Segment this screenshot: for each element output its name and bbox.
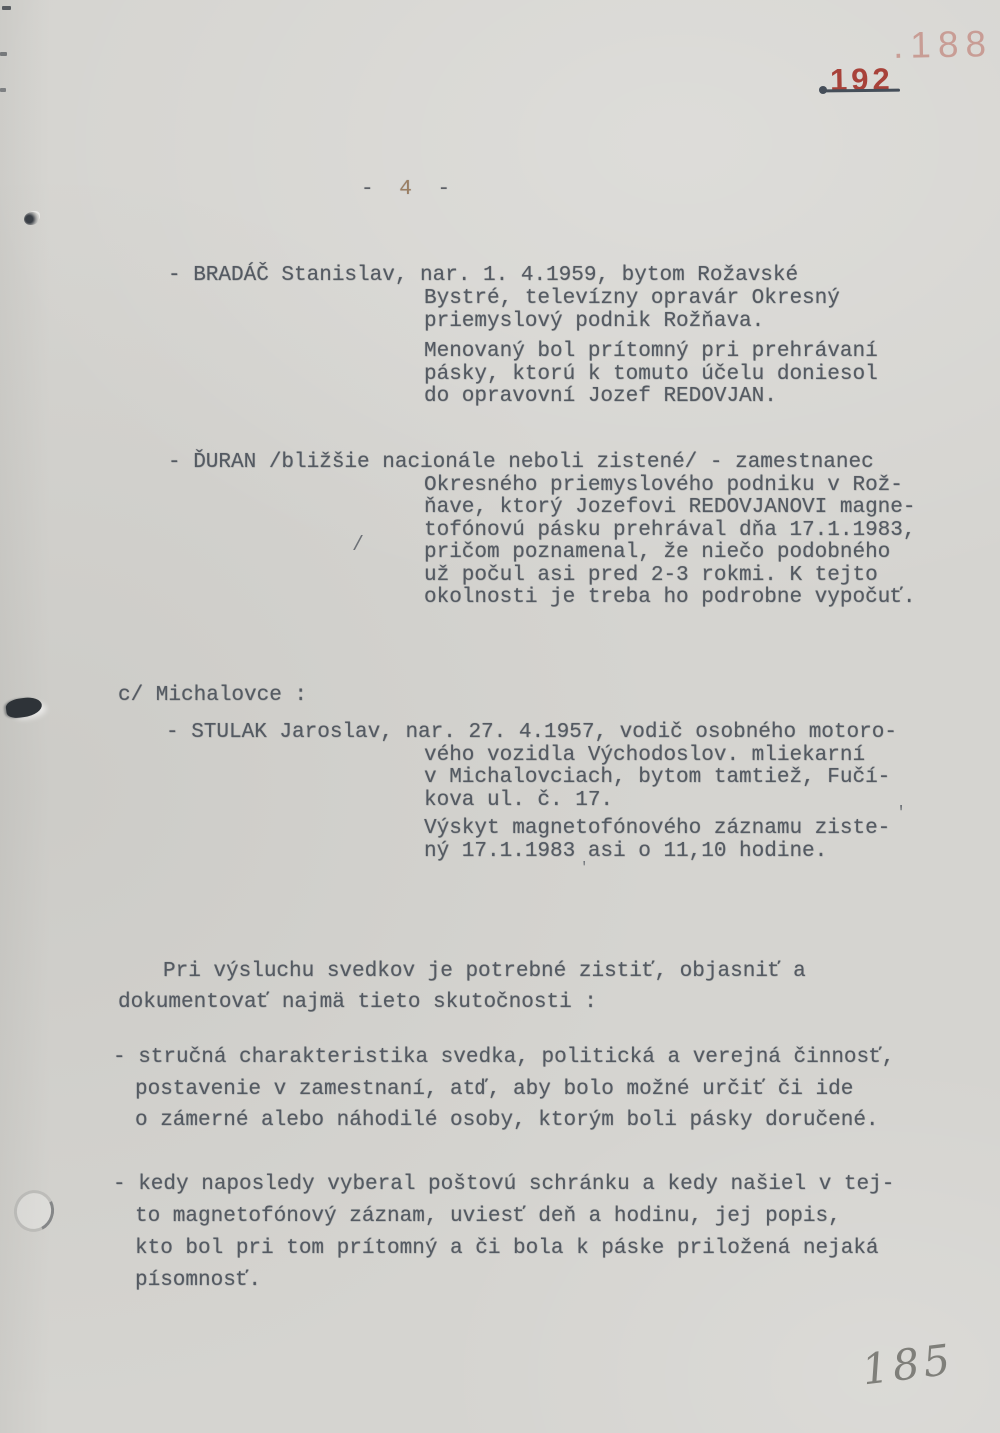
text-line: postavenie v zamestnaní, atď, aby bolo m…: [135, 1078, 853, 1102]
text-line: c/ Michalovce :: [118, 684, 307, 708]
text-line: - kedy naposledy vyberal poštovú schránk…: [113, 1173, 894, 1197]
hole-punch-ring: [8, 1185, 59, 1237]
page-number-dash: -: [361, 178, 374, 201]
text-line: Bystré, televízny opravár Okresný: [424, 287, 840, 311]
scan-speck: [0, 52, 7, 56]
stray-mark: ': [580, 860, 588, 876]
scan-speck: [0, 88, 6, 92]
scan-speck: [2, 6, 11, 10]
page-number: - 4 -: [361, 178, 450, 201]
text-line: kto bol pri tom prítomný a či bola k pás…: [135, 1237, 879, 1261]
text-line: to magnetofónový záznam, uviesť deň a ho…: [135, 1205, 841, 1229]
text-line: do opravovní Jozef REDOVJAN.: [424, 385, 777, 409]
text-line: tofónovú pásku prehrával dňa 17.1.1983,: [424, 519, 915, 543]
text-line: - ĎURAN /bližšie nacionále neboli zisten…: [168, 451, 874, 475]
stray-mark: ': [896, 804, 906, 823]
text-line: - BRADÁČ Stanislav, nar. 1. 4.1959, byto…: [168, 264, 798, 288]
text-line: Menovaný bol prítomný pri prehrávaní: [424, 340, 878, 364]
archival-number-faded: .188: [893, 25, 994, 64]
text-line: kova ul. č. 17.: [424, 789, 613, 813]
scanned-document-page: .188 192 - 4 - - BRADÁČ Stanislav, nar. …: [0, 0, 1000, 1433]
text-line: Okresného priemyslového podniku v Rož-: [424, 474, 903, 498]
strikethrough-dot: [819, 86, 827, 94]
stray-mark: /: [352, 534, 364, 557]
hole-punch-mark: [5, 696, 43, 720]
page-number-digit: 4: [399, 178, 412, 201]
text-line: Výskyt magnetofónového záznamu ziste-: [424, 817, 890, 841]
handwritten-page-number: 185: [860, 1339, 957, 1392]
text-line: - STULAK Jaroslav, nar. 27. 4.1957, vodi…: [166, 721, 897, 745]
text-line: - stručná charakteristika svedka, politi…: [113, 1046, 894, 1070]
text-line: ňave, ktorý Jozefovi REDOVJANOVI magne-: [424, 496, 915, 520]
text-line: písomnosť.: [135, 1269, 261, 1293]
text-line: dokumentovať najmä tieto skutočnosti :: [118, 991, 597, 1015]
text-line: Pri výsluchu svedkov je potrebné zistiť,…: [163, 960, 806, 984]
text-line: pričom poznamenal, že niečo podobného: [424, 541, 890, 565]
text-line: v Michalovciach, bytom tamtiež, Fučí-: [424, 766, 890, 790]
text-line: ný 17.1.1983 asi o 11,10 hodine.: [424, 840, 827, 864]
text-line: priemyslový podnik Rožňava.: [424, 310, 764, 334]
page-number-dash: -: [437, 178, 450, 201]
text-line: už počul asi pred 2-3 rokmi. K tejto: [424, 564, 878, 588]
text-line: o zámerné alebo náhodilé osoby, ktorým b…: [135, 1109, 879, 1133]
text-line: okolnosti je treba ho podrobne vypočuť.: [424, 586, 915, 610]
text-line: vého vozidla Východoslov. mliekarní: [424, 744, 865, 768]
text-line: pásky, ktorú k tomuto účelu doniesol: [424, 363, 878, 387]
ink-blot: [24, 212, 39, 225]
